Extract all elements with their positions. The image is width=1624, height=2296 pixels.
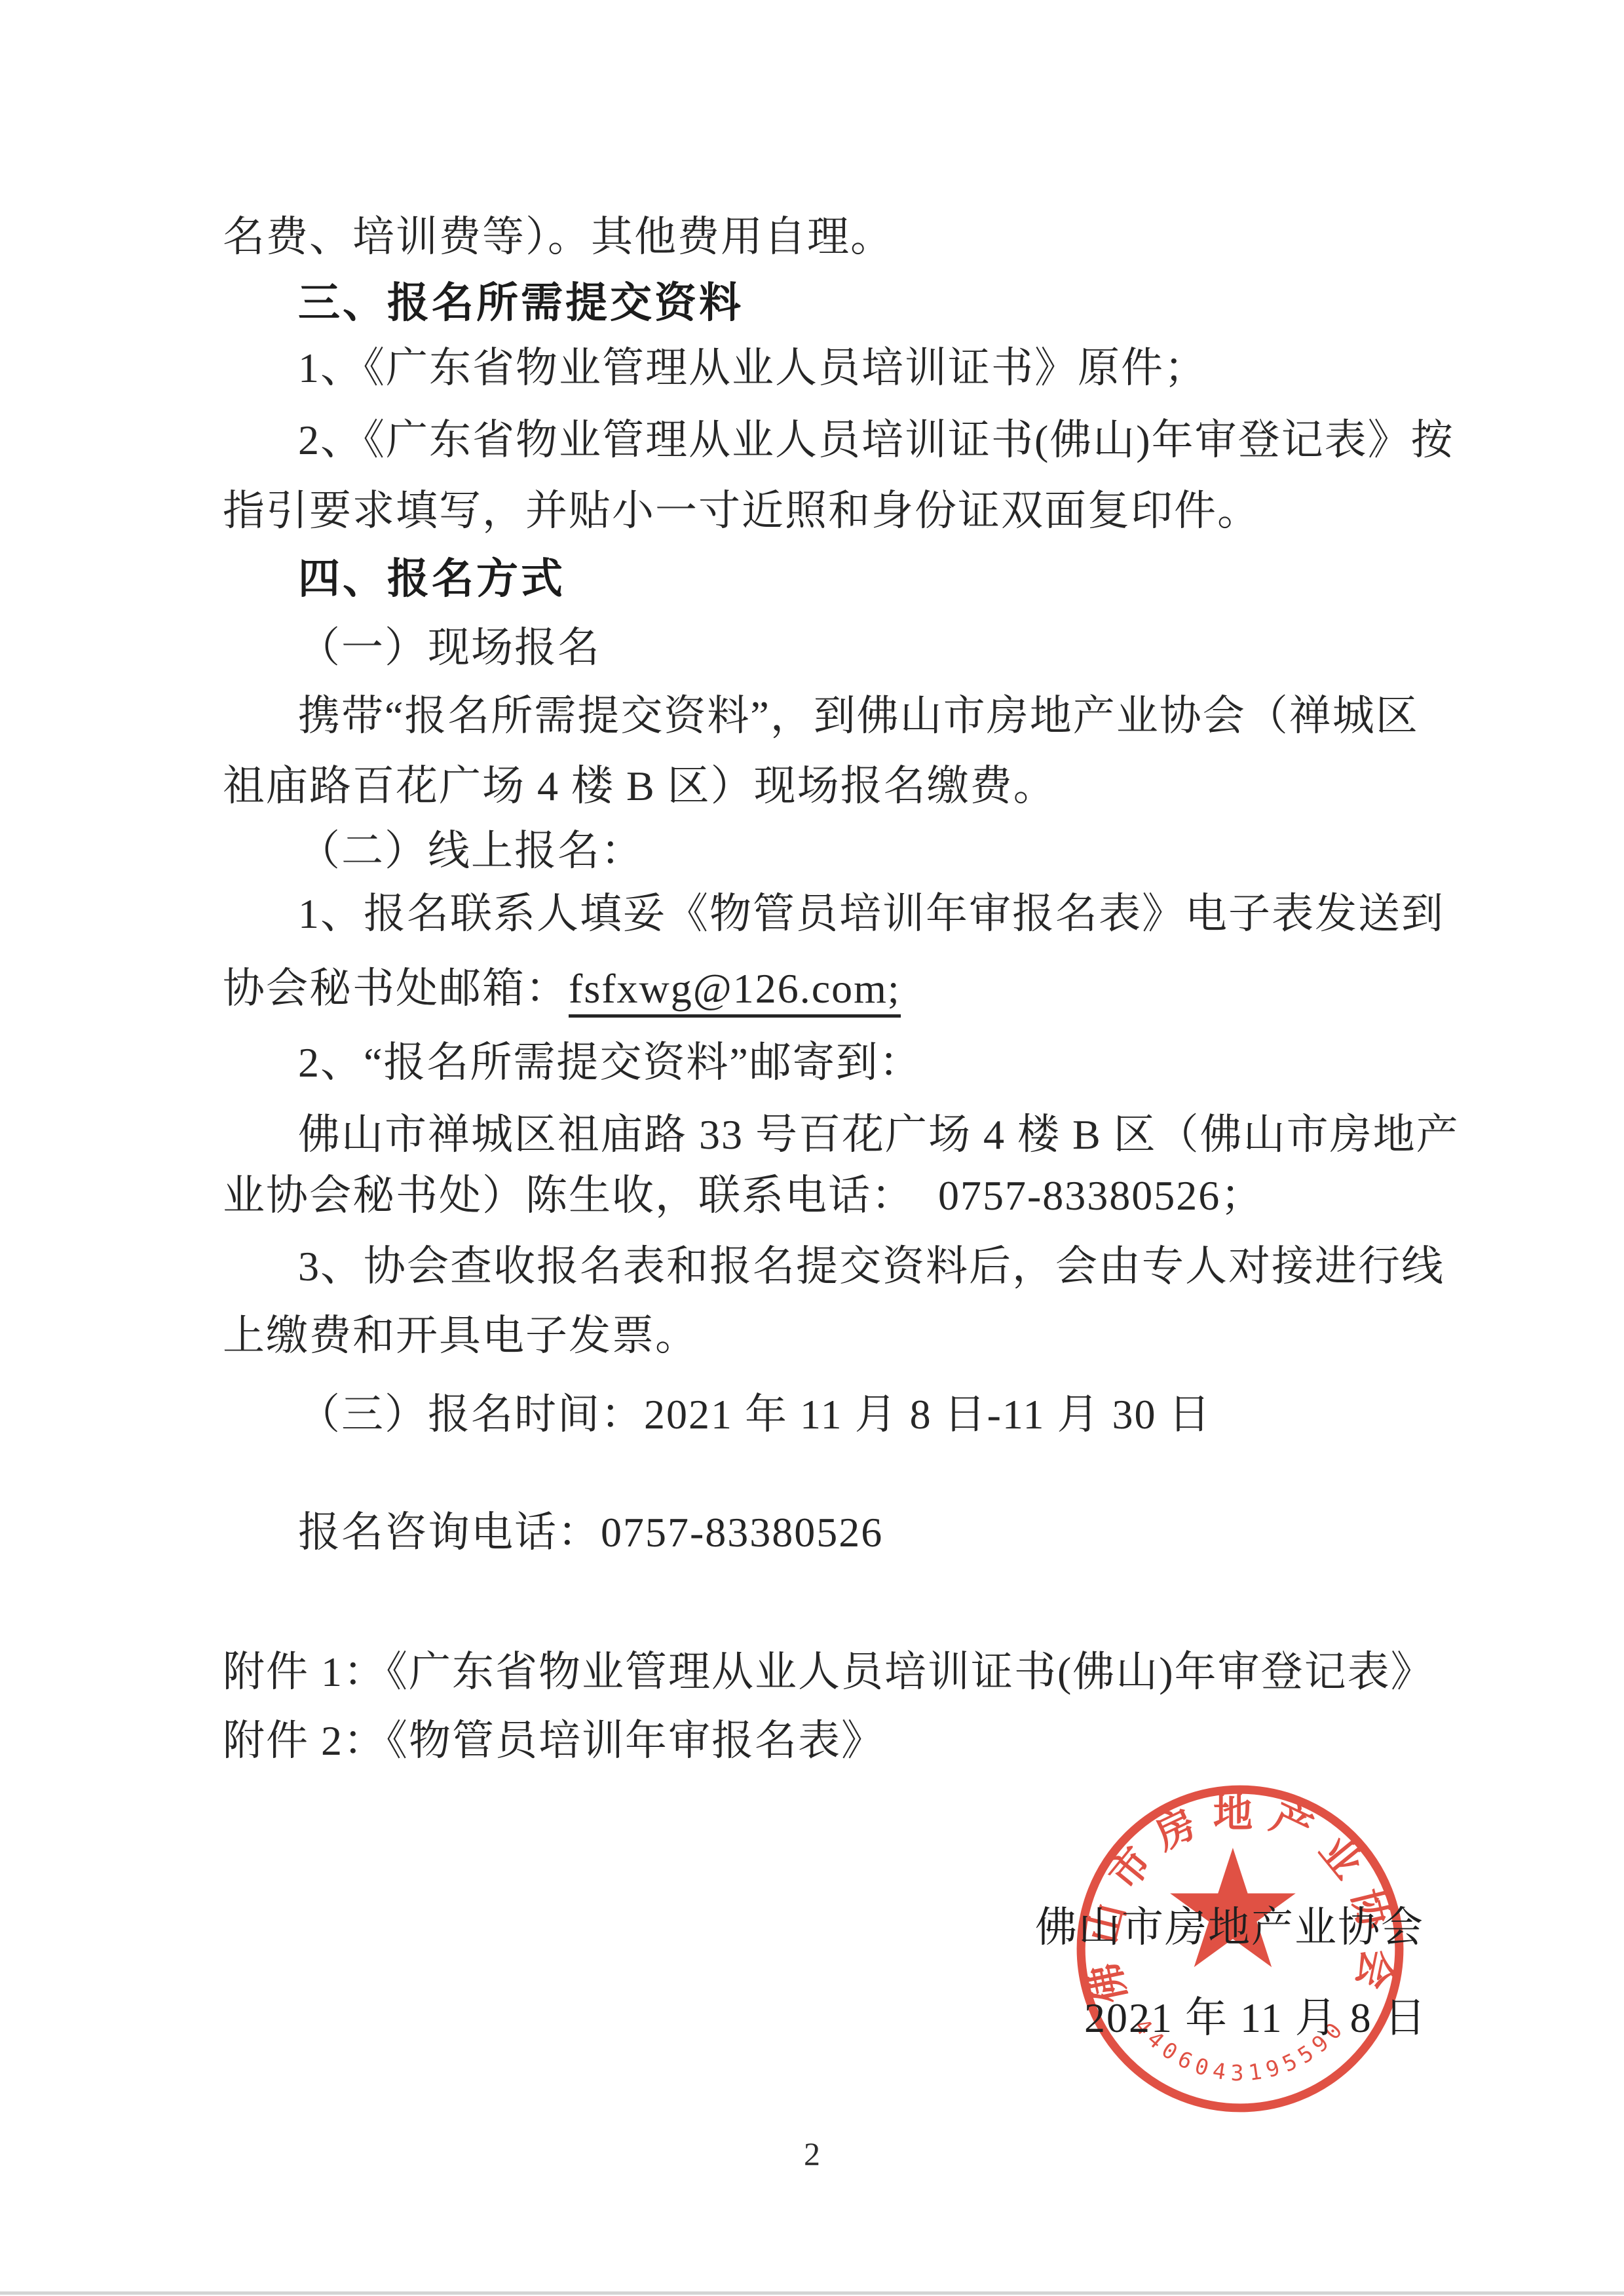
online-step1-line2: 协会秘书处邮箱：fsfxwg@126.com; — [223, 965, 901, 1013]
item-annual-review-form-cont: 指引要求填写，并贴小一寸近照和身份证双面复印件。 — [223, 487, 1260, 535]
page-number: 2 — [0, 2135, 1624, 2173]
subheading-onsite-registration: （一）现场报名 — [298, 624, 601, 672]
attachment-2: 附件 2：《物管员培训年审报名表》 — [223, 1717, 884, 1765]
email-address: fsfxwg@126.com; — [569, 965, 901, 1018]
onsite-registration-line2: 祖庙路百花广场 4 楼 B 区）现场报名缴费。 — [223, 762, 1057, 811]
subheading-registration-time: （三）报名时间：2021 年 11 月 8 日-11 月 30 日 — [298, 1390, 1212, 1439]
subheading-online-registration: （二）线上报名： — [298, 827, 644, 875]
item-annual-review-form: 2、《广东省物业管理从业人员培训证书(佛山)年审登记表》按 — [298, 416, 1454, 465]
mailing-address-line2: 业协会秘书处）陈生收，联系电话： 0757-83380526； — [223, 1172, 1264, 1220]
consult-phone-line: 报名咨询电话：0757-83380526 — [298, 1508, 883, 1557]
attachment-1: 附件 1：《广东省物业管理从业人员培训证书(佛山)年审登记表》 — [223, 1648, 1434, 1696]
online-step1-line1: 1、报名联系人填妥《物管员培训年审报名表》电子表发送到 — [298, 890, 1445, 938]
item-certificate-original: 1、《广东省物业管理从业人员培训证书》原件； — [298, 344, 1207, 392]
onsite-registration-line1: 携带“报名所需提交资料”，到佛山市房地产业协会（禅城区 — [298, 692, 1419, 740]
signature-org: 佛山市房地产业协会 — [1035, 1904, 1424, 1952]
online-step2-heading: 2、“报名所需提交资料”邮寄到： — [298, 1039, 922, 1087]
scan-bottom-edge — [0, 2291, 1624, 2295]
online-step3-line1: 3、协会查收报名表和报名提交资料后，会由专人对接进行线 — [298, 1242, 1445, 1291]
line-fee-continuation: 名费、培训费等）。其他费用自理。 — [223, 213, 894, 261]
online-step3-line2: 上缴费和开具电子发票。 — [223, 1312, 698, 1360]
mailing-address-line1: 佛山市禅城区祖庙路 33 号百花广场 4 楼 B 区（佛山市房地产 — [298, 1111, 1460, 1159]
signature-date: 2021 年 11 月 8 日 — [1084, 1994, 1427, 2042]
heading-section-four: 四、报名方式 — [298, 554, 565, 603]
heading-section-three: 三、报名所需提交资料 — [298, 278, 744, 327]
document-page: 名费、培训费等）。其他费用自理。 三、报名所需提交资料 1、《广东省物业管理从业… — [0, 0, 1624, 2296]
email-prefix: 协会秘书处邮箱： — [223, 965, 569, 1012]
